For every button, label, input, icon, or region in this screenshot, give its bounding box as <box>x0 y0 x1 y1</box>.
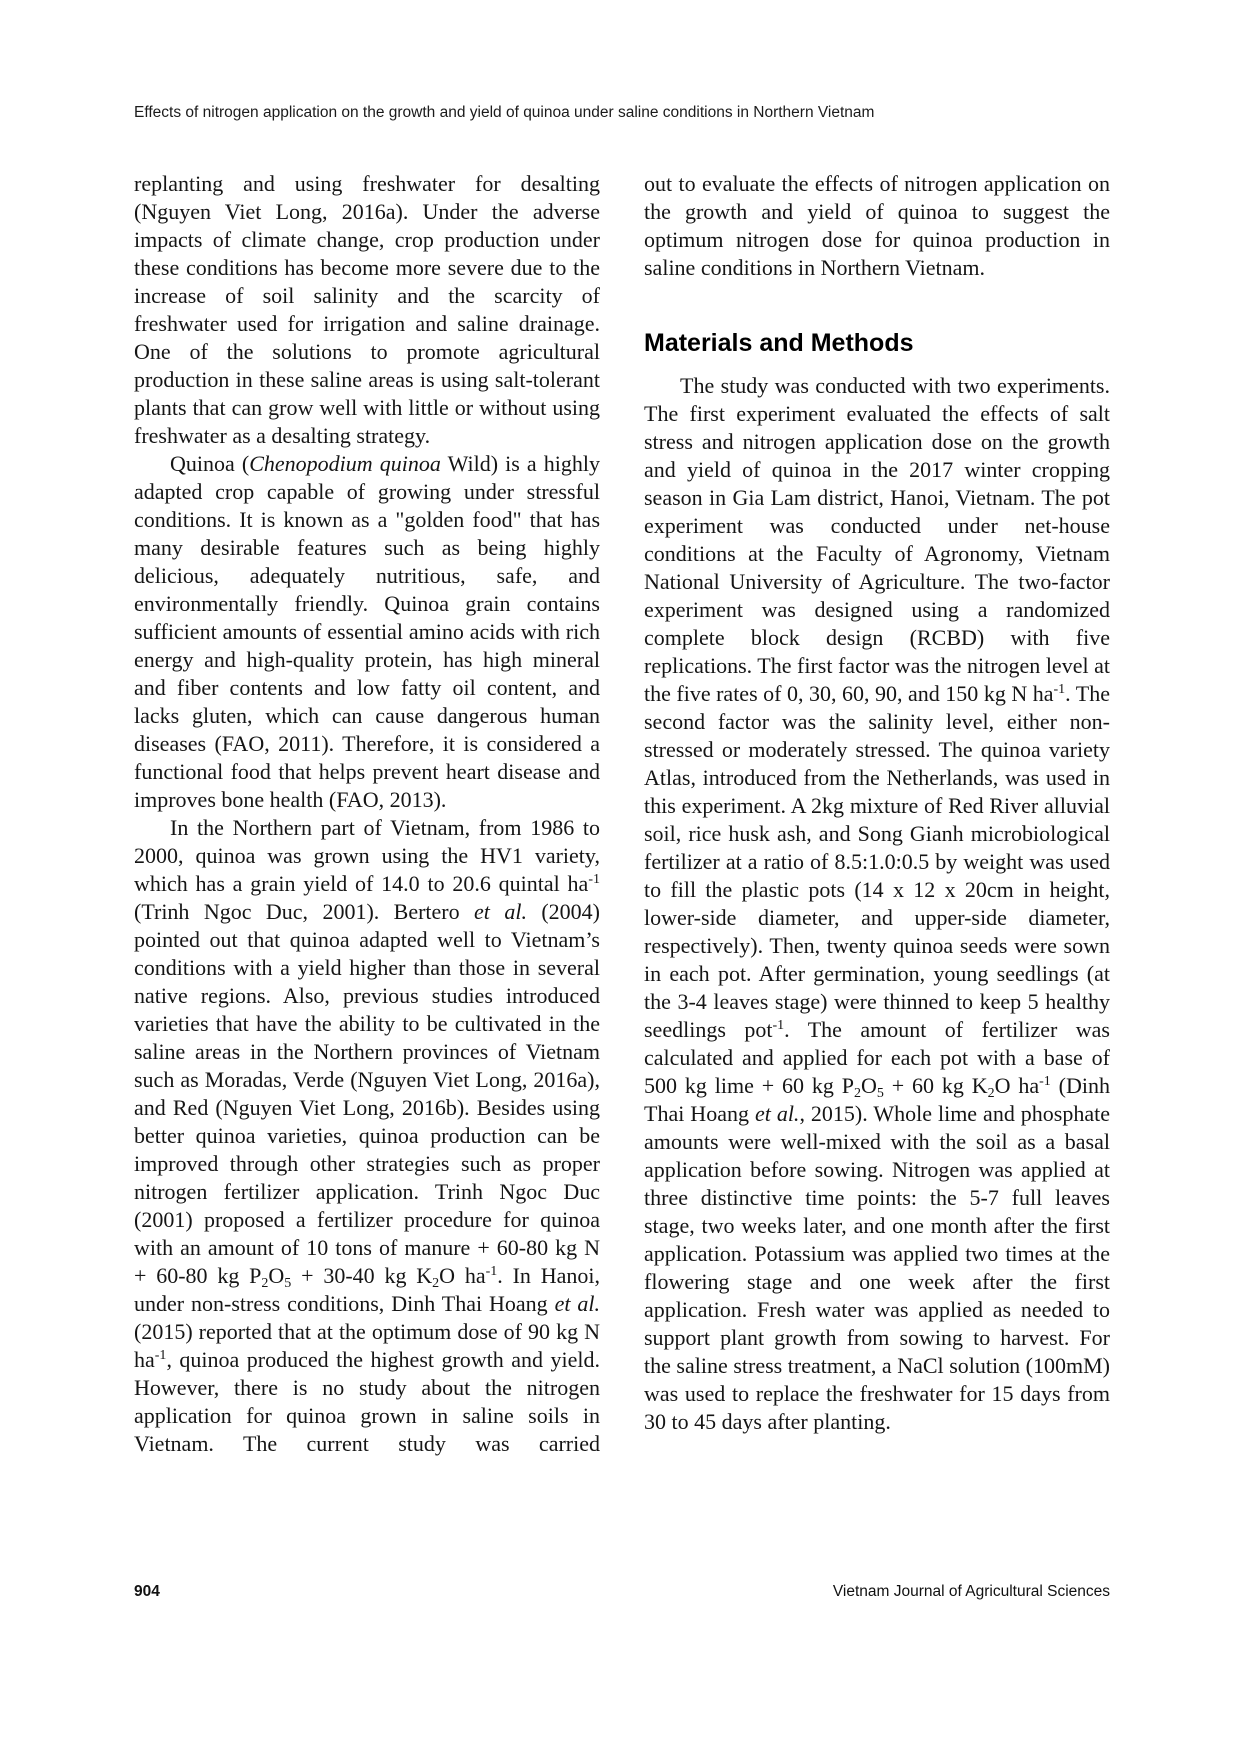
text-run: + 30-40 kg K <box>291 1263 432 1288</box>
subscript-text: 5 <box>877 1086 884 1101</box>
paragraph: replanting and using freshwater for desa… <box>134 170 600 450</box>
paragraph: out to evaluate the effects of nitrogen … <box>644 170 1110 282</box>
journal-page: Effects of nitrogen application on the g… <box>0 0 1240 1754</box>
text-run: O ha <box>995 1073 1040 1098</box>
paragraph: Quinoa (Chenopodium quinoa Wild) is a hi… <box>134 450 600 814</box>
running-head: Effects of nitrogen application on the g… <box>134 103 1124 122</box>
superscript-text: -1 <box>588 872 600 887</box>
page-number: 904 <box>134 1583 160 1601</box>
text-run: In the Northern part of Vietnam, from 19… <box>134 815 600 896</box>
paragraph: In the Northern part of Vietnam, from 19… <box>134 814 600 1458</box>
subscript-text: 2 <box>854 1086 861 1101</box>
text-run: out to evaluate the effects of nitrogen … <box>644 171 1110 280</box>
italic-text: et al. <box>555 1291 600 1316</box>
paragraph: The study was conducted with two experim… <box>644 372 1110 1436</box>
text-run: O ha <box>439 1263 485 1288</box>
left-column: replanting and using freshwater for desa… <box>134 170 600 1458</box>
right-column: out to evaluate the effects of nitrogen … <box>644 170 1110 1458</box>
page-footer: 904 Vietnam Journal of Agricultural Scie… <box>134 1583 1110 1601</box>
superscript-text: -1 <box>155 1348 167 1363</box>
text-run: , 2015). Whole lime and phosphate amount… <box>644 1101 1110 1434</box>
superscript-text: -1 <box>1054 682 1066 697</box>
journal-name: Vietnam Journal of Agricultural Sciences <box>833 1583 1110 1601</box>
subscript-text: 5 <box>284 1276 291 1291</box>
two-column-body: replanting and using freshwater for desa… <box>134 170 1110 1458</box>
text-run: Wild) is a highly adapted crop capable o… <box>134 451 600 812</box>
text-run: The study was conducted with two experim… <box>644 373 1110 706</box>
text-run: replanting and using freshwater for desa… <box>134 171 600 448</box>
superscript-text: -1 <box>486 1264 498 1279</box>
section-heading: Materials and Methods <box>644 328 1110 358</box>
text-run: . The second factor was the salinity lev… <box>644 681 1110 1042</box>
text-run: (2004) pointed out that quinoa adapted w… <box>134 899 600 1288</box>
superscript-text: -1 <box>772 1018 784 1033</box>
subscript-text: 2 <box>261 1276 268 1291</box>
subscript-text: 2 <box>988 1086 995 1101</box>
italic-text: et al. <box>755 1101 799 1126</box>
superscript-text: -1 <box>1039 1074 1051 1089</box>
text-run: O <box>268 1263 284 1288</box>
italic-text: et al. <box>474 899 527 924</box>
text-run: Quinoa ( <box>170 451 249 476</box>
text-run: , quinoa produced the highest growth and… <box>134 1347 600 1456</box>
text-run: + 60 kg K <box>884 1073 988 1098</box>
subscript-text: 2 <box>432 1276 439 1291</box>
italic-text: Chenopodium quinoa <box>249 451 441 476</box>
text-run: O <box>861 1073 877 1098</box>
text-run: (Trinh Ngoc Duc, 2001). Bertero <box>134 899 474 924</box>
